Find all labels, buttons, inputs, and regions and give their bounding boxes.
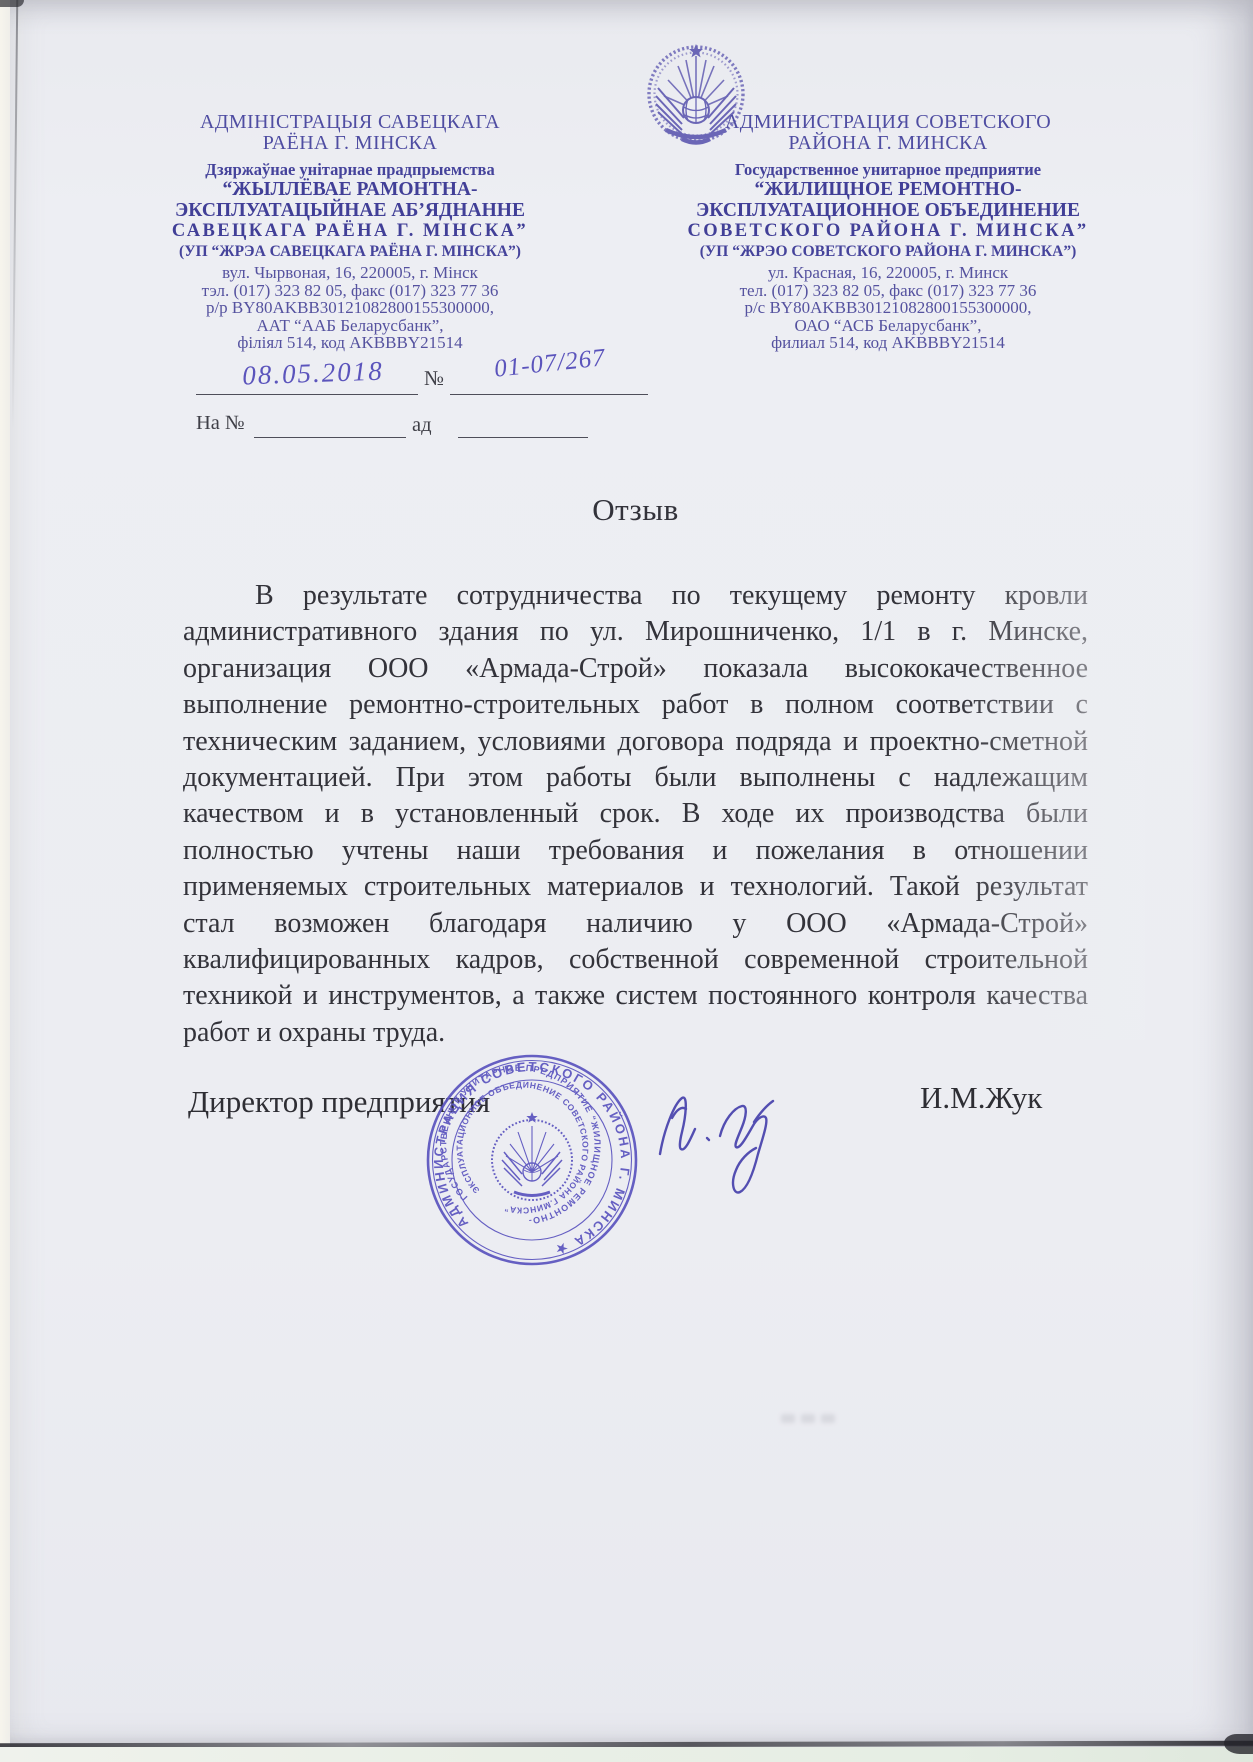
- admin-name-line: АДМІНІСТРАЦЫЯ САВЕЦКАГА: [150, 112, 550, 133]
- reference-underline: [254, 437, 406, 438]
- letterhead-right-column: АДМИНИСТРАЦИЯ СОВЕТСКОГО РАЙОНА Г. МИНСК…: [668, 112, 1108, 352]
- body-line: выполнение ремонтно-строительных работ в…: [183, 687, 1088, 723]
- stamp-center-coat-of-arms-icon: [492, 1112, 572, 1200]
- org-short-name: (УП “ЖРЭА САВЕЦКАГА РАЁНА Г. МІНСКА”): [150, 242, 550, 261]
- body-line: организация ООО «Армада-Строй» показала …: [183, 651, 1088, 687]
- faint-smudge: [778, 1410, 848, 1436]
- org-name-line: ЭКСПЛУАТАЦЫЙНАЕ АБ’ЯДНАННЕ: [150, 200, 550, 221]
- org-short-name: (УП “ЖРЭО СОВЕТСКОГО РАЙОНА Г. МИНСКА”): [668, 242, 1108, 261]
- body-line: административного здания по ул. Мирошнич…: [183, 614, 1088, 650]
- bank-line: ОАО “АСБ Беларусбанк”,: [668, 317, 1108, 335]
- number-sign-label: №: [424, 366, 444, 391]
- phone-line: тэл. (017) 323 82 05, факс (017) 323 77 …: [150, 282, 550, 300]
- body-line: стал возможен благодаря наличию у ООО «А…: [183, 906, 1088, 942]
- org-name-line: “ЖИЛИЩНОЕ РЕМОНТНО-: [668, 179, 1108, 200]
- org-name-line: САВЕЦКАГА РАЁНА Г. МІНСКА”: [150, 221, 550, 242]
- scanned-letter-page: { "letterhead": { "left": { "org_line1":…: [0, 0, 1253, 1762]
- scan-corner-mark: [0, 0, 24, 7]
- org-name-line: “ЖЫЛЛЁВАЕ РАМОНТНА-: [150, 179, 550, 200]
- date-underline: [196, 394, 418, 395]
- branch-line: філіял 514, код AKBBBY21514: [150, 334, 550, 352]
- account-line: р/с BY80AKBB30121082800155300000,: [668, 299, 1108, 317]
- branch-line: филиал 514, код AKBBBY21514: [668, 334, 1108, 352]
- scanner-background-strip: [0, 1747, 1253, 1762]
- org-name-line: СОВЕТСКОГО РАЙОНА Г. МИНСКА”: [668, 221, 1108, 242]
- body-line: техникой и инструментов, а также систем …: [183, 978, 1088, 1014]
- enterprise-type: Государственное унитарное предприятие: [668, 161, 1108, 179]
- signer-name: И.М.Жук: [920, 1080, 1042, 1116]
- admin-name-line: АДМИНИСТРАЦИЯ СОВЕТСКОГО: [668, 112, 1108, 133]
- number-underline: [450, 394, 648, 395]
- body-paragraph: В результате сотрудничества по текущему …: [183, 578, 1088, 1051]
- round-ink-stamp: АДМИНИСТРАЦИЯ СОВЕТСКОГО РАЙОНА Г. МИНСК…: [424, 1052, 640, 1268]
- address-line: ул. Красная, 16, 220005, г. Минск: [668, 264, 1108, 282]
- org-name-line: ЭКСПЛУАТАЦИОННОЕ ОБЪЕДИНЕНИЕ: [668, 200, 1108, 221]
- address-line: вул. Чырвоная, 16, 220005, г. Мінск: [150, 264, 550, 282]
- bank-line: ААТ “ААБ Беларусбанк”,: [150, 317, 550, 335]
- body-line: документацией. При этом работы были выпо…: [183, 760, 1088, 796]
- reference-date-underline: [458, 437, 588, 438]
- body-line: работ и охраны труда.: [183, 1015, 1088, 1051]
- letterhead-left-column: АДМІНІСТРАЦЫЯ САВЕЦКАГА РАЁНА Г. МІНСКА …: [150, 112, 550, 352]
- body-line: техническим заданием, условиями договора…: [183, 724, 1088, 760]
- enterprise-type: Дзяржаўнае унітарнае прадпрыемства: [150, 161, 550, 179]
- admin-name-line: РАЁНА Г. МІНСКА: [150, 133, 550, 154]
- document-title: Отзыв: [183, 492, 1088, 528]
- reference-connector-label: ад: [412, 414, 432, 437]
- account-line: р/р BY80AKBB30121082800155300000,: [150, 299, 550, 317]
- body-line: полностью учтены наши требования и пожел…: [183, 833, 1088, 869]
- admin-name-line: РАЙОНА Г. МИНСКА: [668, 133, 1108, 154]
- body-line: применяемых строительных материалов и те…: [183, 869, 1088, 905]
- reference-prefix-label: На №: [196, 412, 245, 435]
- handwritten-signature: [652, 1056, 802, 1208]
- body-line: квалифицированных кадров, собственной со…: [183, 942, 1088, 978]
- phone-line: тел. (017) 323 82 05, факс (017) 323 77 …: [668, 282, 1108, 300]
- body-line: В результате сотрудничества по текущему …: [183, 578, 1088, 614]
- body-line: качеством и в установленный срок. В ходе…: [183, 796, 1088, 832]
- scan-corner-shadow: [1224, 1734, 1253, 1754]
- scan-left-edge: [0, 0, 10, 1747]
